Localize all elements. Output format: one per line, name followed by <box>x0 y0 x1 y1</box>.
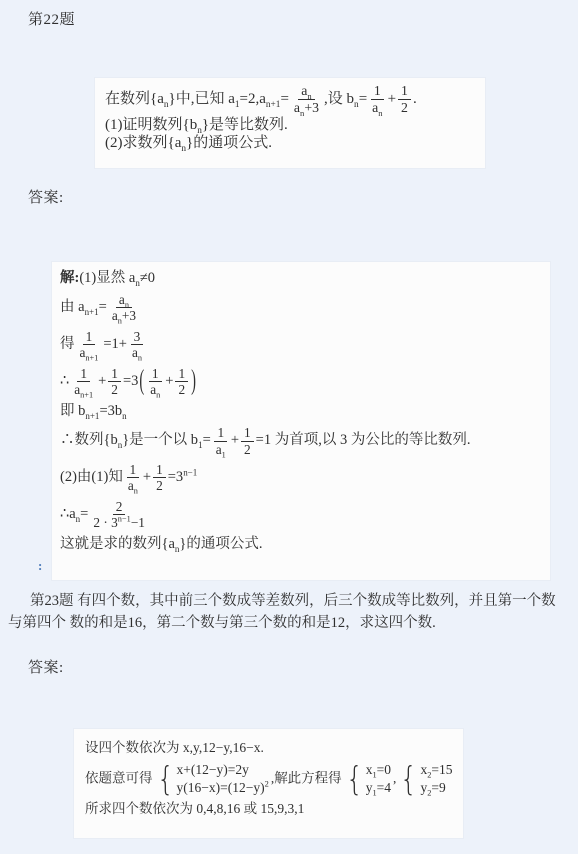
fraction: 1an <box>125 462 141 494</box>
formula-line: 解:(1)显然 an≠0 <box>60 269 542 287</box>
fraction: 1an+1 <box>77 329 102 361</box>
formula-line: (2)求数列{an}的通项公式. <box>105 134 475 153</box>
problem-23-text: 第23题 有四个数，其中前三个数成等差数列，后三个数成等比数列，并且第一个数与第… <box>8 590 570 634</box>
fraction: 12 <box>398 83 411 116</box>
formula-line: (2)由(1)知1an+12=3n−1 <box>60 462 542 494</box>
formula-line: (1)证明数列{bn}是等比数列. <box>105 116 475 135</box>
problem-22-statement-box: 在数列{an}中,已知 a1=2,an+1=anan+3,设 bn=1an+12… <box>95 78 485 168</box>
solution-22-box: 解:(1)显然 an≠0 由 an+1=anan+3 得1an+1=1+3an … <box>52 262 550 580</box>
formula-line: 即 bn+1=3bn <box>60 402 542 420</box>
formula-line: 所求四个数依次为 0,4,8,16 或 15,9,3,1 <box>85 801 452 818</box>
stray-colon-text: : <box>38 558 42 574</box>
formula-line: 在数列{an}中,已知 a1=2,an+1=anan+3,设 bn=1an+12… <box>105 83 475 116</box>
fraction: 1an+1 <box>71 366 96 398</box>
formula-line: 依题意可得{x+(12−y)=2yy(16−x)=(12−y)2,解此方程得{x… <box>85 761 452 797</box>
formula-line: 设四个数依次为 x,y,12−y,16−x. <box>85 740 452 757</box>
fraction: 1a1 <box>213 425 229 457</box>
fraction: 12 <box>108 366 121 398</box>
answer-23-label: 答案: <box>28 656 64 677</box>
fraction: anan+3 <box>109 292 139 324</box>
formula-line: ∴an=22 · 3n−1−1 <box>60 499 542 531</box>
formula-line: 这就是求的数列{an}的通项公式. <box>60 535 542 553</box>
brace-glyph: { <box>346 765 363 793</box>
fraction: anan+3 <box>291 83 322 116</box>
formula-line: 由 an+1=anan+3 <box>60 292 542 324</box>
equation-system: {x1=0y1=4 <box>344 761 391 797</box>
equation-system: {x2=15y2=9 <box>398 761 452 797</box>
fraction: 22 · 3n−1−1 <box>90 499 148 531</box>
equation-system: {x+(12−y)=2yy(16−x)=(12−y)2 <box>155 761 269 797</box>
formula-line: ∴1an+1+12=3(1an+12) <box>60 366 542 398</box>
fraction: 12 <box>153 462 166 494</box>
brace-glyph: { <box>157 765 174 793</box>
formula-line: ∴数列{bn}是一个以 b1=1a1+12=1 为首项,以 3 为公比的等比数列… <box>60 425 542 457</box>
formula-line: 得1an+1=1+3an <box>60 329 542 361</box>
page-root: { "page": { "colors": { "page_bg": "#edf… <box>0 0 578 854</box>
fraction: 3an <box>129 329 145 361</box>
fraction: 12 <box>241 425 254 457</box>
brace-glyph: { <box>401 765 418 793</box>
fraction: 1an <box>369 83 385 116</box>
fraction: 12 <box>175 366 188 398</box>
fraction: 1an <box>147 366 163 398</box>
answer-22-label: 答案: <box>28 186 64 207</box>
solution-23-box: 设四个数依次为 x,y,12−y,16−x. 依题意可得{x+(12−y)=2y… <box>74 729 463 838</box>
problem-22-label: 第22题 <box>28 8 75 29</box>
